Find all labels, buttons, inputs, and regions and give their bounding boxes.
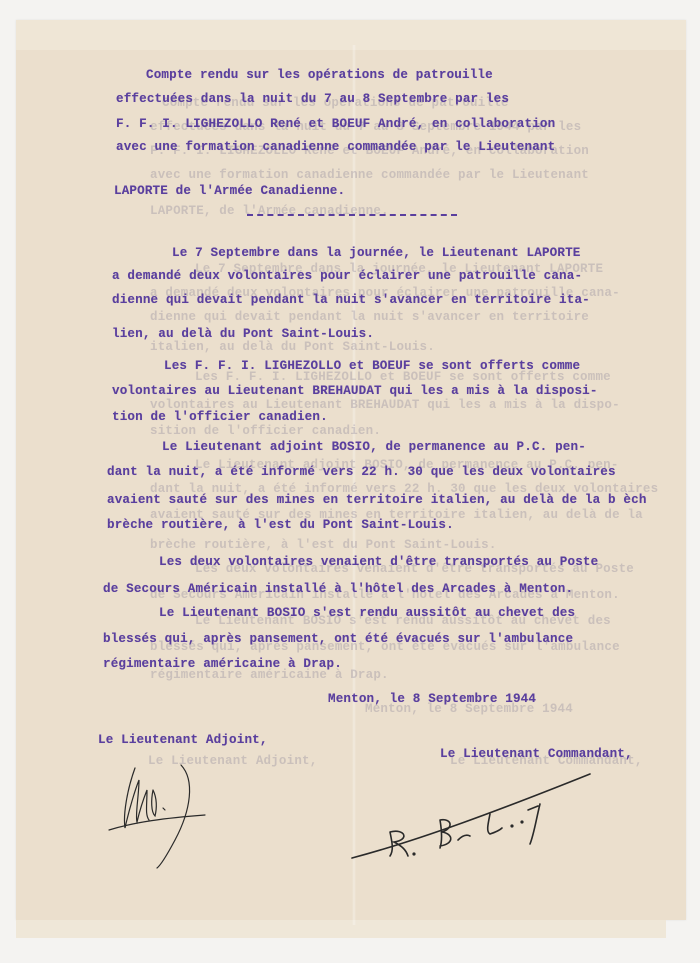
date-line: Menton, le 8 Septembre 1944 — [328, 692, 536, 706]
body-line: Le Lieutenant adjoint BOSIO, de permanen… — [162, 440, 586, 454]
title-separator — [247, 214, 457, 216]
body-line: Le Lieutenant BOSIO s'est rendu aussitôt… — [159, 606, 575, 620]
body-line: tion de l'officier canadien. — [112, 410, 328, 424]
ghost-line: avec une formation canadienne commandée … — [150, 168, 589, 182]
ghost-line: italien, au delà du Pont Saint-Louis. — [150, 340, 435, 354]
page-bottom-edge — [16, 920, 666, 938]
ghost-line: sition de l'officier canadien. — [150, 424, 381, 438]
body-line: Les F. F. I. LIGHEZOLLO et BOEUF se sont… — [164, 359, 580, 373]
body-line: blessés qui, après pansement, ont été év… — [103, 632, 573, 646]
right-signatory-title: Le Lieutenant Commandant, — [440, 747, 633, 761]
title-line: effectuées dans la nuit du 7 au 8 Septem… — [116, 92, 509, 106]
body-line: lien, au delà du Pont Saint-Louis. — [112, 327, 374, 341]
body-line: volontaires au Lieutenant BREHAUDAT qui … — [112, 384, 598, 398]
title-line: avec une formation canadienne commandée … — [116, 140, 555, 154]
body-line: Le 7 Septembre dans la journée, le Lieut… — [172, 246, 581, 260]
body-line: avaient sauté sur des mines en territoir… — [107, 493, 647, 507]
right-handwritten-signature — [350, 770, 610, 870]
title-line: LAPORTE de l'Armée Canadienne. — [114, 184, 345, 198]
body-line: de Secours Américain installé à l'hôtel … — [103, 582, 573, 596]
body-line: a demandé deux volontaires pour éclairer… — [112, 269, 582, 283]
ghost-line: brèche routière, à l'est du Pont Saint-L… — [150, 538, 497, 552]
page-top-edge — [16, 20, 686, 50]
ghost-line: dienne qui devait pendant la nuit s'avan… — [150, 310, 589, 324]
title-line: Compte rendu sur les opérations de patro… — [146, 68, 493, 82]
title-line: F. F. I. LIGHEZOLLO René et BOEUF André,… — [116, 117, 555, 131]
body-line: dienne qui devait pendant la nuit s'avan… — [112, 293, 590, 307]
body-line: régimentaire américaine à Drap. — [103, 657, 342, 671]
body-line: brèche routière, à l'est du Pont Saint-L… — [107, 518, 454, 532]
body-line: Les deux volontaires venaient d'être tra… — [159, 555, 598, 569]
left-signatory-title: Le Lieutenant Adjoint, — [98, 733, 268, 747]
body-line: dant la nuit, a été informé vers 22 h. 3… — [107, 465, 616, 479]
left-handwritten-signature — [105, 760, 225, 870]
